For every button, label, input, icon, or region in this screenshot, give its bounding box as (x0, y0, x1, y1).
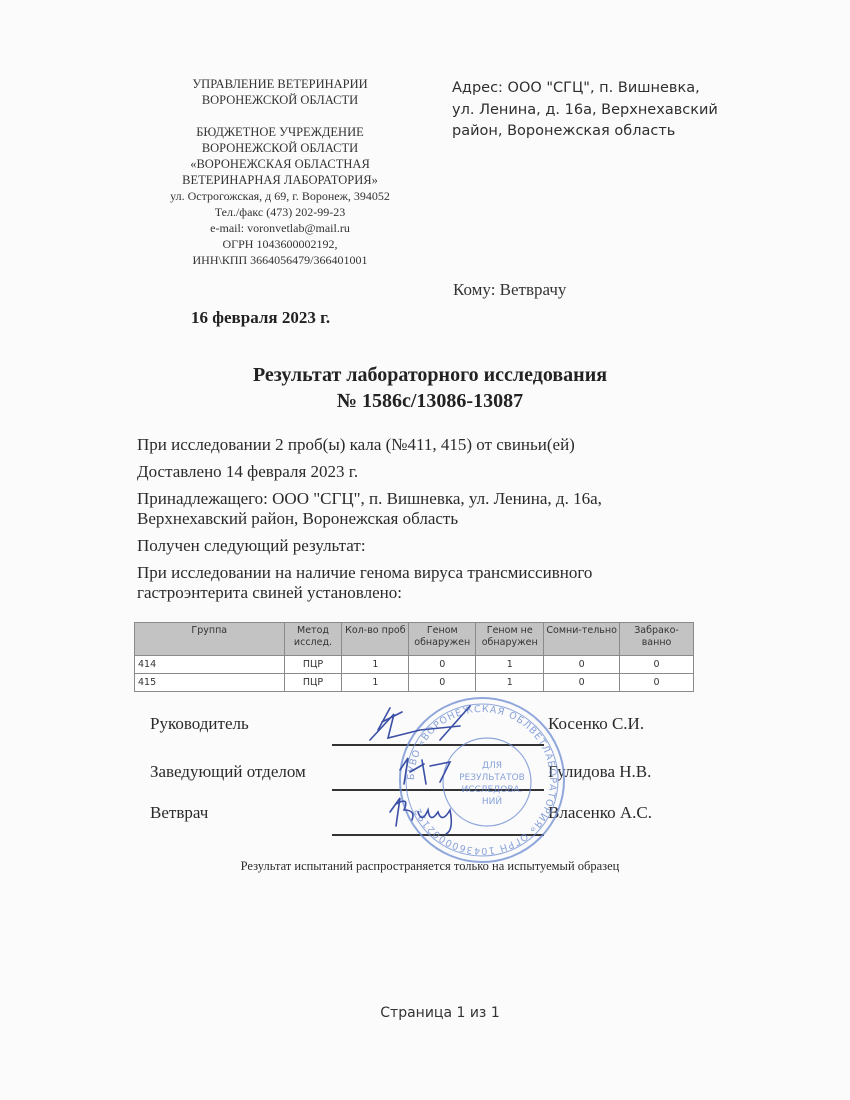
cell-genome-found: 0 (409, 656, 476, 674)
lab-street: ул. Острогожская, д 69, г. Воронеж, 3940… (150, 188, 410, 204)
cell-genome-not-found: 1 (476, 656, 544, 674)
title-line: Результат лабораторного исследования (180, 362, 680, 388)
recipient: Кому: Ветврачу (453, 280, 566, 300)
document-date: 16 февраля 2023 г. (191, 308, 330, 328)
lab-inn-kpp: ИНН\КПП 3664056479/366401001 (150, 252, 410, 268)
result-intro: Получен следующий результат: (137, 536, 717, 556)
col-group: Группа (135, 623, 285, 656)
owner-text-2: Верхнехавский район, Воронежская область (137, 509, 717, 529)
cell-doubtful: 0 (544, 656, 620, 674)
test-text-1: При исследовании на наличие генома вирус… (137, 563, 717, 583)
cell-rejected: 0 (620, 674, 694, 692)
handwritten-signatures-icon (360, 700, 560, 840)
delivered-text: Доставлено 14 февраля 2023 г. (137, 462, 717, 482)
table-row: 415 ПЦР 1 0 1 0 0 (135, 674, 694, 692)
col-sample-count: Кол-во проб (342, 623, 409, 656)
org-line: ВОРОНЕЖСКОЙ ОБЛАСТИ (150, 140, 410, 156)
col-doubtful: Сомни-тельно (544, 623, 620, 656)
results-table: Группа Метод исслед. Кол-во проб Геном о… (134, 622, 694, 692)
owner-text-1: Принадлежащего: ООО "СГЦ", п. Вишневка, … (137, 489, 717, 509)
cell-rejected: 0 (620, 656, 694, 674)
lab-email: e-mail: voronvetlab@mail.ru (150, 220, 410, 236)
address-line: Адрес: ООО "СГЦ", п. Вишневка, (452, 78, 742, 100)
lab-phone: Тел./факс (473) 202-99-23 (150, 204, 410, 220)
org-line: «ВОРОНЕЖСКАЯ ОБЛАСТНАЯ (150, 156, 410, 172)
table-row: 414 ПЦР 1 0 1 0 0 (135, 656, 694, 674)
signature-role: Руководитель (150, 714, 249, 734)
document-title: Результат лабораторного исследования № 1… (180, 362, 680, 414)
footer-note: Результат испытаний распространяется тол… (150, 859, 710, 874)
cell-group: 415 (135, 674, 285, 692)
col-rejected: Забрако-ванно (620, 623, 694, 656)
signature-role: Ветврач (150, 803, 208, 823)
org-line: УПРАВЛЕНИЕ ВЕТЕРИНАРИИ (150, 76, 410, 92)
report-body: При исследовании 2 проб(ы) кала (№411, 4… (137, 435, 717, 610)
cell-genome-not-found: 1 (476, 674, 544, 692)
cell-sample-count: 1 (342, 674, 409, 692)
col-genome-not-found: Геном не обнаружен (476, 623, 544, 656)
table-header-row: Группа Метод исслед. Кол-во проб Геном о… (135, 623, 694, 656)
lab-ogrn: ОГРН 1043600002192, (150, 236, 410, 252)
org-line: ВЕТЕРИНАРНАЯ ЛАБОРАТОРИЯ» (150, 172, 410, 188)
signature-role: Заведующий отделом (150, 762, 306, 782)
test-text-2: гастроэнтерита свиней установлено: (137, 583, 717, 603)
samples-text: При исследовании 2 проб(ы) кала (№411, 4… (137, 435, 717, 455)
recipient-address: Адрес: ООО "СГЦ", п. Вишневка, ул. Ленин… (452, 78, 742, 143)
org-line: ВОРОНЕЖСКОЙ ОБЛАСТИ (150, 92, 410, 108)
address-line: район, Воронежская область (452, 121, 742, 143)
page-number: Страница 1 из 1 (350, 1005, 530, 1021)
org-line: БЮДЖЕТНОЕ УЧРЕЖДЕНИЕ (150, 124, 410, 140)
cell-sample-count: 1 (342, 656, 409, 674)
col-method: Метод исслед. (284, 623, 342, 656)
report-number: № 1586с/13086-13087 (180, 388, 680, 414)
cell-genome-found: 0 (409, 674, 476, 692)
address-line: ул. Ленина, д. 16а, Верхнехавский (452, 100, 742, 122)
col-genome-found: Геном обнаружен (409, 623, 476, 656)
cell-method: ПЦР (284, 674, 342, 692)
cell-method: ПЦР (284, 656, 342, 674)
lab-header: УПРАВЛЕНИЕ ВЕТЕРИНАРИИ ВОРОНЕЖСКОЙ ОБЛАС… (150, 76, 410, 268)
cell-doubtful: 0 (544, 674, 620, 692)
cell-group: 414 (135, 656, 285, 674)
